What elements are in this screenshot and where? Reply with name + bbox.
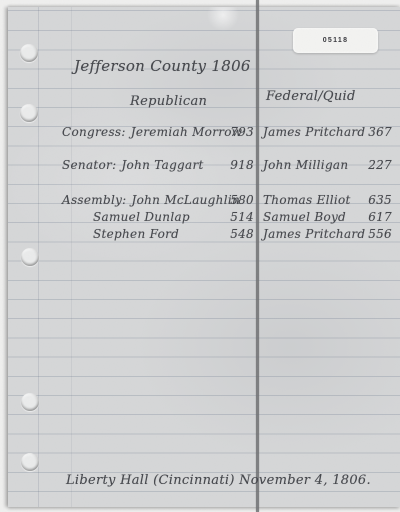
punch-hole [20,104,38,122]
scanned-page: 05118 Jefferson County 1806 Republican F… [0,0,400,512]
republican-votes: 793 [210,125,254,139]
federal-votes: 635 [351,193,392,207]
punch-hole [20,44,38,62]
catalog-label-number: 05118 [323,37,349,44]
federal-votes: 367 [351,125,392,139]
office-label: Assembly: [62,193,127,207]
federal-candidate: John Milligan [263,158,348,172]
result-row: Congress:Jeremiah Morrow 793 James Pritc… [62,125,392,143]
republican-votes: 514 [210,210,254,224]
result-row: Assembly:John McLaughlin 580 Thomas Elli… [62,193,392,211]
punch-hole [21,393,39,411]
office-label: Senator: [62,158,116,172]
federal-votes: 227 [351,158,392,172]
federal-votes: 556 [351,227,392,241]
source-citation: Liberty Hall (Cincinnati) November 4, 18… [66,473,371,488]
federal-candidate: Thomas Elliot [263,193,351,207]
notebook-paper [8,7,400,507]
republican-votes: 580 [210,193,254,207]
republican-votes: 918 [210,158,254,172]
page-title: Jefferson County 1806 [74,57,251,75]
republican-candidate: Stephen Ford [93,227,179,241]
punch-hole [21,453,39,471]
punch-hole [21,248,39,266]
column-header-federal: Federal/Quid [266,89,356,104]
federal-votes: 617 [351,210,392,224]
republican-candidate: John Taggart [121,158,203,172]
federal-candidate: Samuel Boyd [263,210,346,224]
catalog-label: 05118 [293,28,378,53]
result-row: Stephen Ford 548 James Pritchard 556 [62,227,392,245]
margin-line [71,7,72,507]
republican-candidate: Samuel Dunlap [93,210,190,224]
column-divider-line [256,0,259,512]
result-row: Senator:John Taggart 918 John Milligan 2… [62,158,392,176]
result-row: Samuel Dunlap 514 Samuel Boyd 617 [62,210,392,228]
republican-votes: 548 [210,227,254,241]
office-label: Congress: [62,125,126,139]
column-header-republican: Republican [130,94,207,109]
